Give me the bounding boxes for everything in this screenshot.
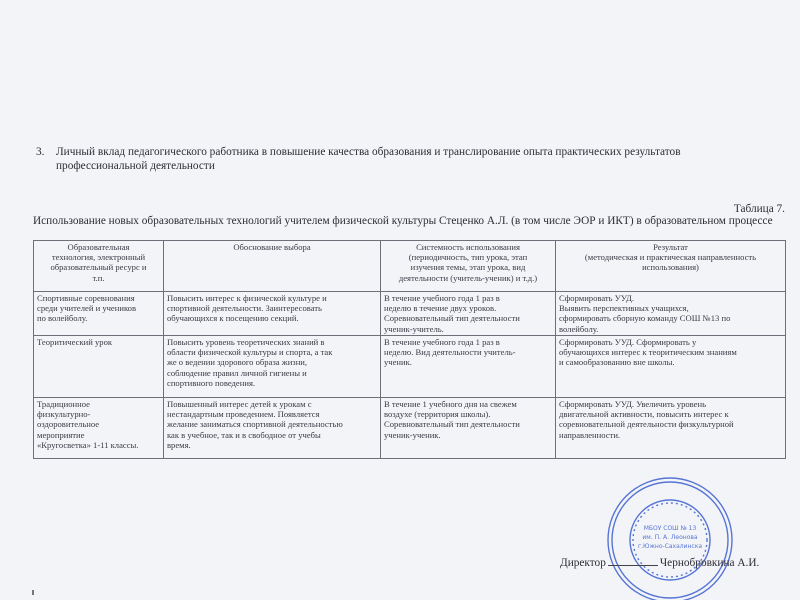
cell-line: среди учителей и учеников [37,303,160,313]
cell-line: же о ведении здорового образа жизни, [167,357,377,367]
cell-line: деятельности (учитель-ученик) и т.д.) [384,273,552,283]
cell-line: нестандартным проведением. Появляется [167,409,377,419]
cell-line: сформировать сборную команду СОШ №13 по [559,313,782,323]
cell-line: соревновательной деятельности физкультур… [559,419,782,429]
cell-line: технология, электронный [37,252,160,262]
stamp-text-line: г.Южно-Сахалинска [638,543,702,550]
stamp-text-line: МБОУ СОШ № 13 [644,525,697,532]
stamp-text-line: им. П. А. Леонова [642,534,697,541]
section-heading: 3.Личный вклад педагогического работника… [36,145,786,173]
cell-line: В течение учебного года 1 раз в [384,337,552,347]
cell-line: время. [167,440,377,450]
cell-line: Теоритический урок [37,337,160,347]
cell-line: двигательной активности, повысить интере… [559,409,782,419]
cell-line: Сформировать УУД. [559,293,782,303]
cell-technology: Теоритический урок [34,336,164,398]
cell-line: мероприятие [37,430,160,440]
table-label: Таблица 7. [734,203,785,215]
header-technology: Образовательнаятехнология, электронныйоб… [34,241,164,292]
cell-line: неделю. Вид деятельности учитель- [384,347,552,357]
cell-line: спортивного поведения. [167,378,377,388]
cell-line: спортивной деятельности. Заинтересовать [167,303,377,313]
page-mark [32,590,34,595]
cell-line: Спортивные соревнования [37,293,160,303]
cell-line: обучающихся интерес к теоритическим знан… [559,347,782,357]
cell-technology: Спортивные соревнованиясреди учителей и … [34,292,164,336]
cell-justification: Повышенный интерес детей к урокам снеста… [164,398,381,459]
cell-line: (периодичность, тип урока, этап [384,252,552,262]
cell-line: как в учебное, так и в свободное от учеб… [167,430,377,440]
cell-line: Соревновательный тип деятельности [384,419,552,429]
cell-line: Традиционное [37,399,160,409]
cell-result: Сформировать УУД. Сформировать уобучающи… [556,336,786,398]
cell-line: Образовательная [37,242,160,252]
cell-line: Обоснование выбора [167,242,377,252]
cell-line: Сформировать УУД. Увеличить уровень [559,399,782,409]
cell-line: (методическая и практическая направленно… [559,252,782,262]
school-stamp-icon: МБОУ СОШ № 13им. П. А. Леоноваг.Южно-Сах… [605,475,735,600]
table-header-row: Образовательнаятехнология, электронныйоб… [34,241,786,292]
cell-line: области физической культуры и спорта, а … [167,347,377,357]
cell-systematicity: В течение учебного года 1 раз внеделю в … [381,292,556,336]
cell-line: Системность использования [384,242,552,252]
cell-line: направленности. [559,430,782,440]
cell-line: ученик-учитель. [384,324,552,334]
header-systematicity: Системность использования(периодичность,… [381,241,556,292]
cell-line: Выявить перспективных учащихся, [559,303,782,313]
cell-line: Сформировать УУД. Сформировать у [559,337,782,347]
cell-line: по волейболу. [37,313,160,323]
cell-line: Соревновательный тип деятельности [384,313,552,323]
cell-line: желание заниматься спортивной деятельнос… [167,419,377,429]
cell-line: Повышенный интерес детей к урокам с [167,399,377,409]
cell-line: оздоровительное [37,419,160,429]
cell-line: физкультурно- [37,409,160,419]
cell-justification: Повысить интерес к физической культуре и… [164,292,381,336]
cell-line: В течение 1 учебного дня на свежем [384,399,552,409]
section-title-line1: Личный вклад педагогического работника в… [56,146,681,158]
cell-line: неделю в течение двух уроков. [384,303,552,313]
cell-line: т.п. [37,273,160,283]
cell-result: Сформировать УУД.Выявить перспективных у… [556,292,786,336]
signature-name: Чернобровкина А.И. [660,557,759,569]
cell-line: ученик. [384,357,552,367]
cell-line: В течение учебного года 1 раз в [384,293,552,303]
cell-line: воздухе (территория школы). [384,409,552,419]
header-result: Результат(методическая и практическая на… [556,241,786,292]
signature-blank [608,565,658,566]
cell-line: Повысить интерес к физической культуре и [167,293,377,303]
table-row: Теоритический урок Повысить уровень теор… [34,336,786,398]
document-page: 3.Личный вклад педагогического работника… [0,0,800,600]
cell-line: волейболу. [559,324,782,334]
table-row: Традиционноефизкультурно-оздоровительное… [34,398,786,459]
cell-line: ученик-ученик. [384,430,552,440]
technologies-table: Образовательнаятехнология, электронныйоб… [33,240,786,459]
cell-systematicity: В течение учебного года 1 раз внеделю. В… [381,336,556,398]
cell-line: обучающихся к посещению секций. [167,313,377,323]
table-caption: Использование новых образовательных техн… [33,215,785,228]
cell-systematicity: В течение 1 учебного дня на свежемвоздух… [381,398,556,459]
cell-line: и самообразованию вне школы. [559,357,782,367]
cell-result: Сформировать УУД. Увеличить уровеньдвига… [556,398,786,459]
cell-line: использования) [559,262,782,272]
cell-line: изучения темы, этап урока, вид [384,262,552,272]
signature-line: ДиректорЧернобровкина А.И. [560,557,759,569]
cell-line: Повысить уровень теоретических знаний в [167,337,377,347]
cell-technology: Традиционноефизкультурно-оздоровительное… [34,398,164,459]
section-number: 3. [36,145,56,159]
section-title-line2: профессиональной деятельности [36,159,786,173]
signature-role: Директор [560,557,606,569]
cell-line: Результат [559,242,782,252]
table-row: Спортивные соревнованиясреди учителей и … [34,292,786,336]
cell-line: соблюдение правил личной гигиены и [167,368,377,378]
cell-line: «Кругосветка» 1-11 классы. [37,440,160,450]
header-justification: Обоснование выбора [164,241,381,292]
cell-line: образовательный ресурс и [37,262,160,272]
cell-justification: Повысить уровень теоретических знаний во… [164,336,381,398]
